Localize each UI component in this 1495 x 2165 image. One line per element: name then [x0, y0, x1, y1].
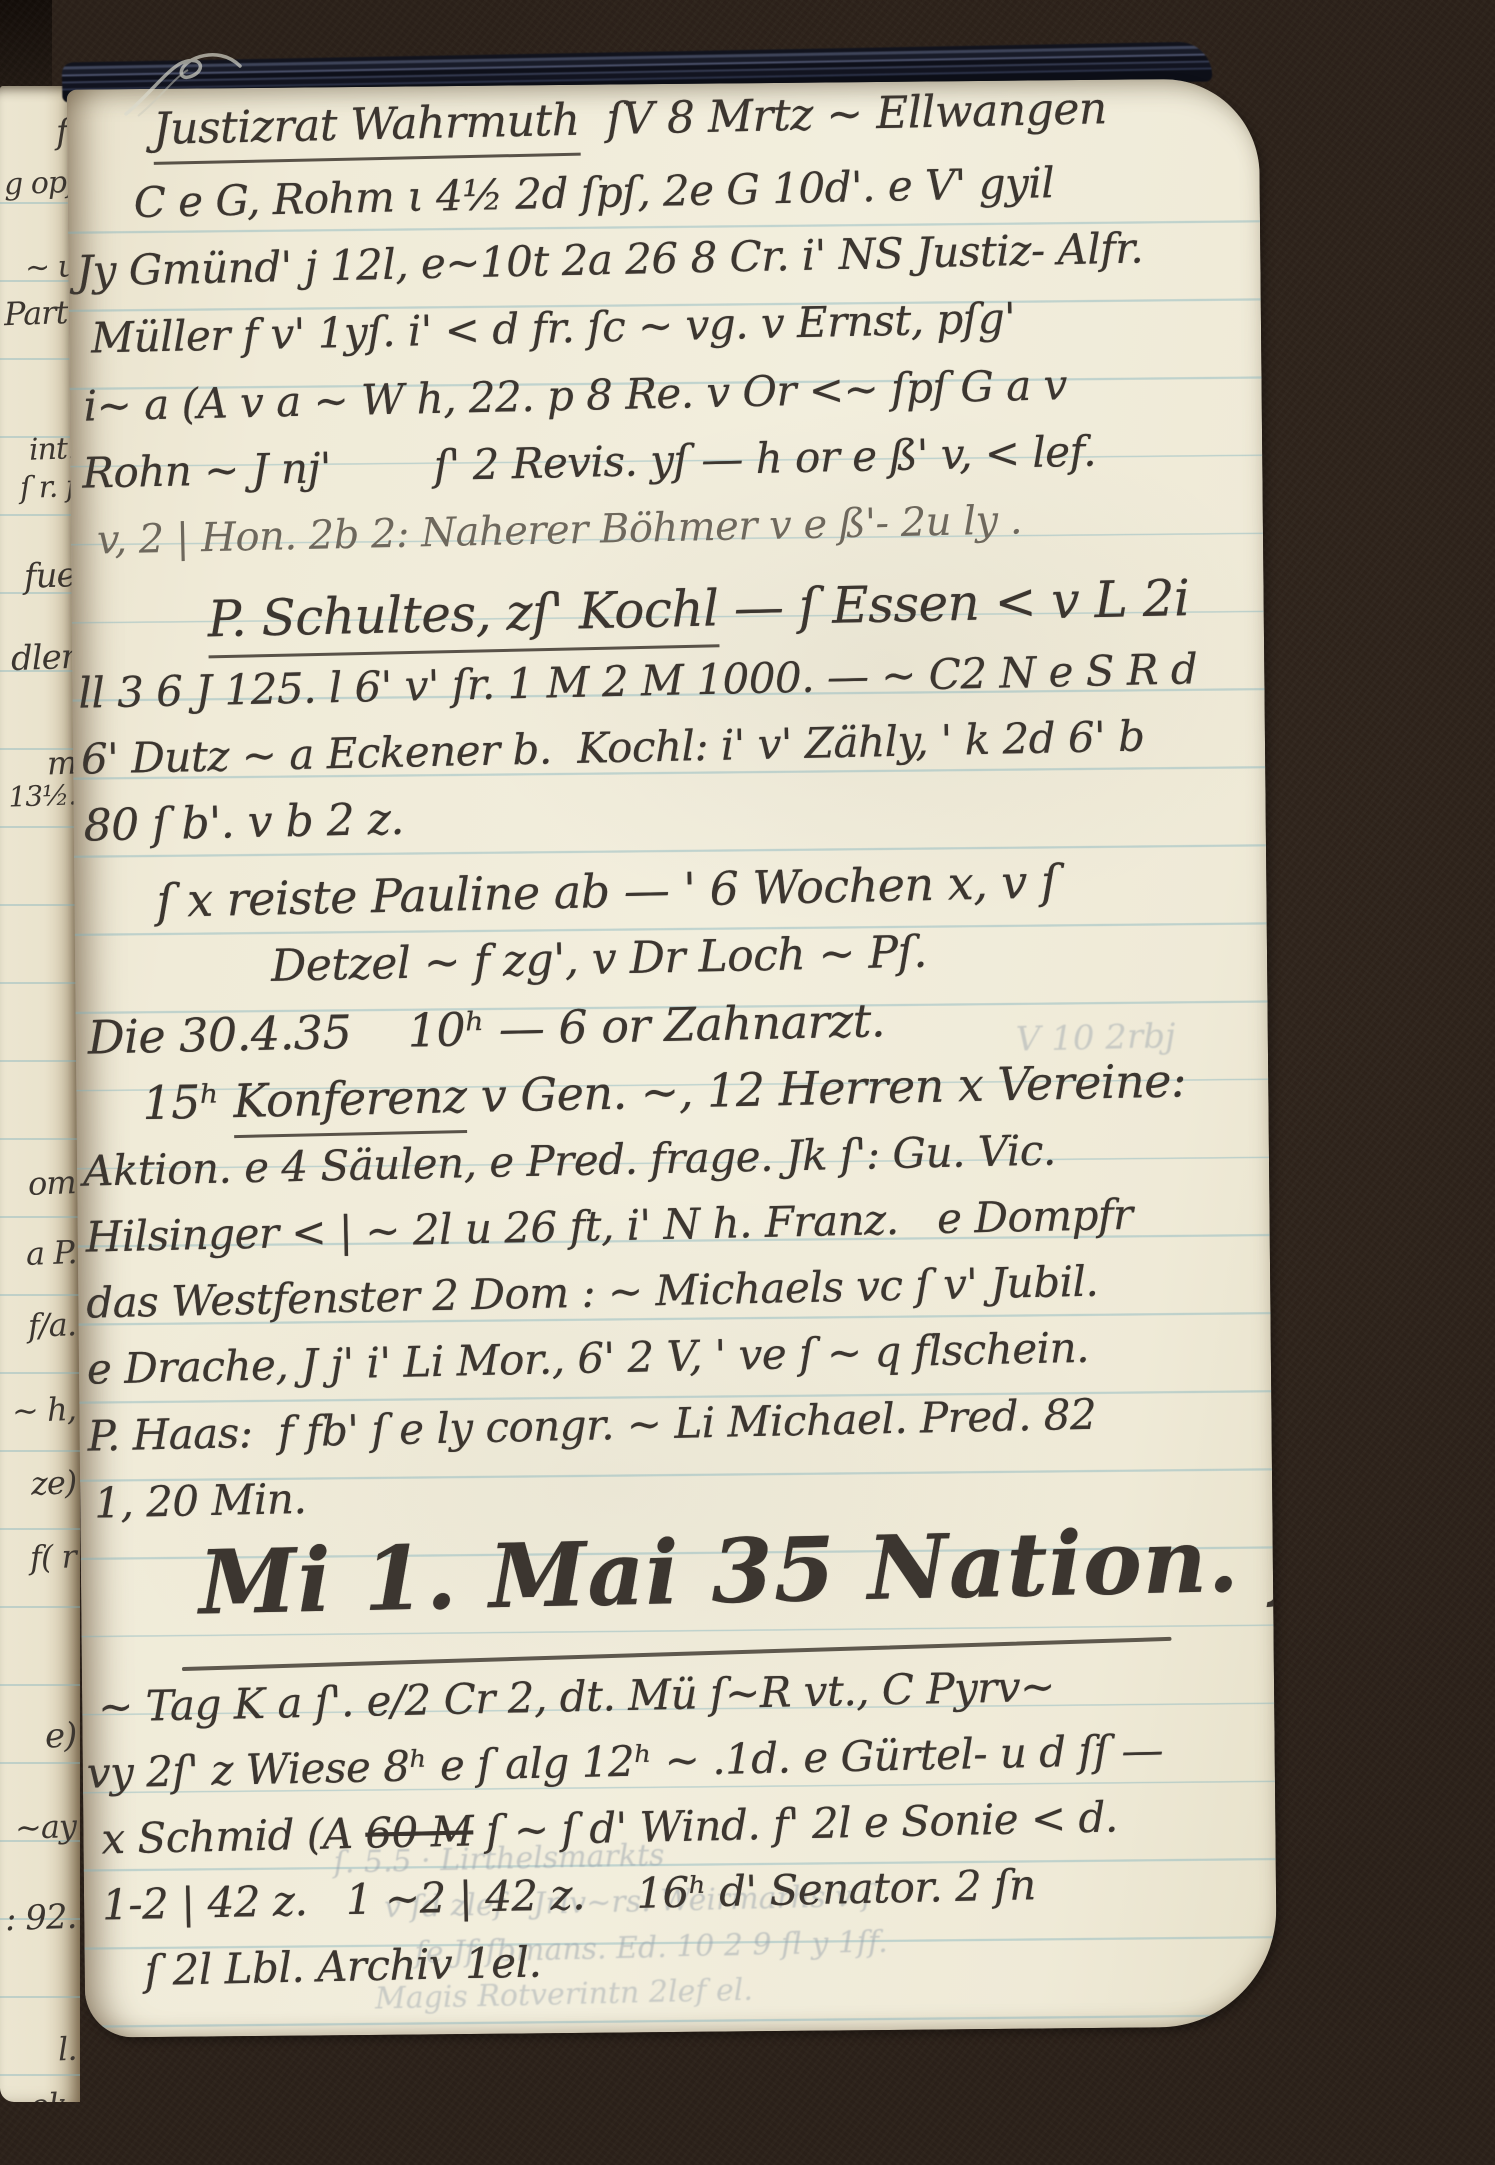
- facing-page-fragment: g opſ: [3, 165, 76, 202]
- thread-icon: [118, 36, 248, 122]
- facing-page-fragment: e): [44, 1715, 77, 1756]
- facing-page-fragment: fue: [24, 555, 77, 597]
- facing-page-fragment: el 13½.: [0, 778, 77, 814]
- facing-page-fragment: dler: [10, 637, 76, 679]
- handwriting-line: ſ 2l Lbl. Archiv 1el.: [144, 1940, 542, 1993]
- facing-page-fragment: l.: [57, 2030, 77, 2069]
- scanned-notebook-photo: f.g opſ~ uPart.int.ſ r. ffuedlermel 13½.…: [0, 0, 1495, 2165]
- facing-page-fragment: ze): [30, 1463, 77, 1503]
- text-segment: x Schmid (A: [101, 1809, 366, 1864]
- facing-page-fragment: f( r: [30, 1537, 77, 1577]
- text-segment: ſ 2l Lbl. Archiv 1el.: [144, 1937, 542, 1995]
- facing-page-fragment: f/a.: [27, 1305, 76, 1345]
- facing-page-fragment: ~ay: [14, 1807, 76, 1847]
- underlined-text: P. Schultes, zſ' Kochl: [207, 579, 719, 658]
- facing-page-fragment: ok.: [30, 2085, 77, 2102]
- facing-page-fragment: om: [28, 1163, 77, 1203]
- text-segment: — ſ Essen < v L 2i: [718, 569, 1190, 637]
- facing-page-fragment: Part.: [3, 293, 77, 334]
- text-segment: 80 ſ b'. v b 2 z.: [83, 794, 404, 852]
- handwriting-line: 80 ſ b'. v b 2 z.: [83, 797, 404, 850]
- ruled-lines: [0, 86, 80, 2102]
- text-segment: 15ʰ: [142, 1074, 234, 1130]
- handwriting-line: 1, 20 Min.: [94, 1477, 307, 1526]
- underlined-text: Konferenz: [233, 1069, 468, 1138]
- struck-text: 60 M: [365, 1806, 474, 1857]
- facing-page-fragment: a P.: [25, 1233, 77, 1273]
- facing-page-fragment: : 92.: [4, 1897, 77, 1939]
- facing-page-edge: f.g opſ~ uPart.int.ſ r. ffuedlermel 13½.…: [0, 86, 80, 2102]
- facing-page-fragment: ſ r. f: [20, 469, 77, 506]
- facing-page-fragment: ~ h,: [12, 1390, 77, 1430]
- handwriting-line: Mi 1. Mai 35 Nation. ſſ: [198, 1511, 1277, 1628]
- text-segment: 1, 20 Min.: [94, 1474, 307, 1528]
- notebook-page: V 10 2rbjſ. 5.5 · Lirthelsmarktsv ſd zle…: [67, 78, 1278, 2037]
